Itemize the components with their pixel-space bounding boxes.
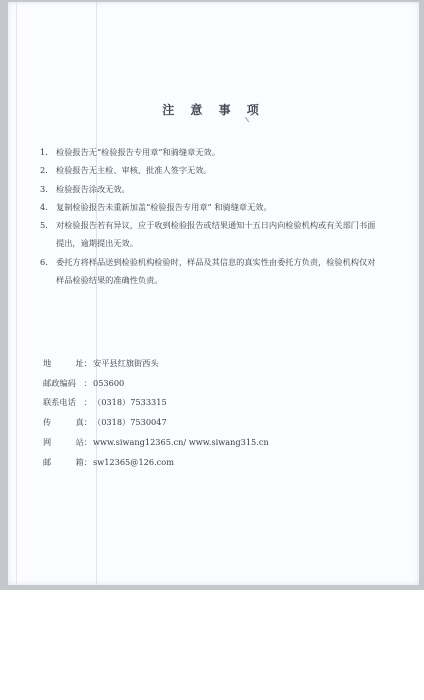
contact-info: 地址： 安平县红旗街西头 邮政编码： 053600 联系电话： （0318）75… bbox=[43, 354, 269, 472]
note-text: 对检验报告若有异议，应于收到检验报告或结果通知十五日内向检验机构或有关部门书面提… bbox=[56, 216, 380, 253]
contact-label: 邮政编码 bbox=[43, 374, 76, 394]
contact-value: （0318）7530047 bbox=[93, 413, 167, 433]
note-number: 5. bbox=[40, 216, 56, 253]
note-text: 检验报告涂改无效。 bbox=[56, 180, 380, 198]
contact-value: 053600 bbox=[93, 374, 124, 394]
contact-label: 址： bbox=[76, 354, 92, 374]
note-text: 委托方将样品送到检验机构检验时，样品及其信息的真实性由委托方负责，检验机构仅对样… bbox=[56, 253, 380, 290]
note-item: 5. 对检验报告若有异议，应于收到检验报告或结果通知十五日内向检验机构或有关部门… bbox=[40, 216, 380, 253]
document-page: 注 意 事 项 1. 检验报告无“检验报告专用章”和骑缝章无效。 2. 检验报告… bbox=[8, 2, 419, 585]
contact-value: （0318）7533315 bbox=[93, 393, 167, 413]
note-item: 2. 检验报告无主检、审核、批准人签字无效。 bbox=[40, 161, 380, 179]
contact-phone: 联系电话： （0318）7533315 bbox=[43, 393, 269, 413]
note-item: 6. 委托方将样品送到检验机构检验时，样品及其信息的真实性由委托方负责，检验机构… bbox=[40, 253, 380, 290]
contact-label: 地 bbox=[43, 354, 51, 374]
note-text: 检验报告无“检验报告专用章”和骑缝章无效。 bbox=[56, 143, 380, 161]
notes-list: 1. 检验报告无“检验报告专用章”和骑缝章无效。 2. 检验报告无主检、审核、批… bbox=[40, 143, 380, 289]
contact-postcode: 邮政编码： 053600 bbox=[43, 374, 269, 394]
note-number: 1. bbox=[40, 143, 56, 161]
note-number: 2. bbox=[40, 161, 56, 179]
scan-fold-line bbox=[16, 2, 17, 585]
contact-label: 联系电话 bbox=[43, 393, 76, 413]
contact-label: ： bbox=[84, 374, 92, 394]
note-text: 检验报告无主检、审核、批准人签字无效。 bbox=[56, 161, 380, 179]
scan-fold-line bbox=[96, 2, 97, 585]
page-title: 注 意 事 项 bbox=[8, 101, 419, 118]
contact-address: 地址： 安平县红旗街西头 bbox=[43, 354, 269, 374]
contact-label: ： bbox=[84, 393, 92, 413]
scanned-page-background: 注 意 事 项 1. 检验报告无“检验报告专用章”和骑缝章无效。 2. 检验报告… bbox=[0, 0, 424, 590]
contact-label: 真： bbox=[76, 413, 92, 433]
contact-fax: 传真： （0318）7530047 bbox=[43, 413, 269, 433]
note-number: 4. bbox=[40, 198, 56, 216]
contact-value: 安平县红旗街西头 bbox=[93, 354, 159, 374]
contact-website: 网站： www.siwang12365.cn/ www.siwang315.cn bbox=[43, 433, 269, 453]
contact-label: 箱： bbox=[76, 453, 92, 473]
contact-label: 传 bbox=[43, 413, 51, 433]
note-item: 4. 复制检验报告未重新加盖“检验报告专用章” 和骑缝章无效。 bbox=[40, 198, 380, 216]
note-number: 6. bbox=[40, 253, 56, 290]
contact-email: 邮箱： sw12365@126.com bbox=[43, 453, 269, 473]
note-number: 3. bbox=[40, 180, 56, 198]
contact-label: 邮 bbox=[43, 453, 51, 473]
contact-label: 网 bbox=[43, 433, 51, 453]
note-item: 3. 检验报告涂改无效。 bbox=[40, 180, 380, 198]
note-item: 1. 检验报告无“检验报告专用章”和骑缝章无效。 bbox=[40, 143, 380, 161]
note-text: 复制检验报告未重新加盖“检验报告专用章” 和骑缝章无效。 bbox=[56, 198, 380, 216]
contact-label: 站： bbox=[76, 433, 92, 453]
contact-value: www.siwang12365.cn/ www.siwang315.cn bbox=[93, 433, 269, 453]
contact-value: sw12365@126.com bbox=[93, 453, 174, 473]
